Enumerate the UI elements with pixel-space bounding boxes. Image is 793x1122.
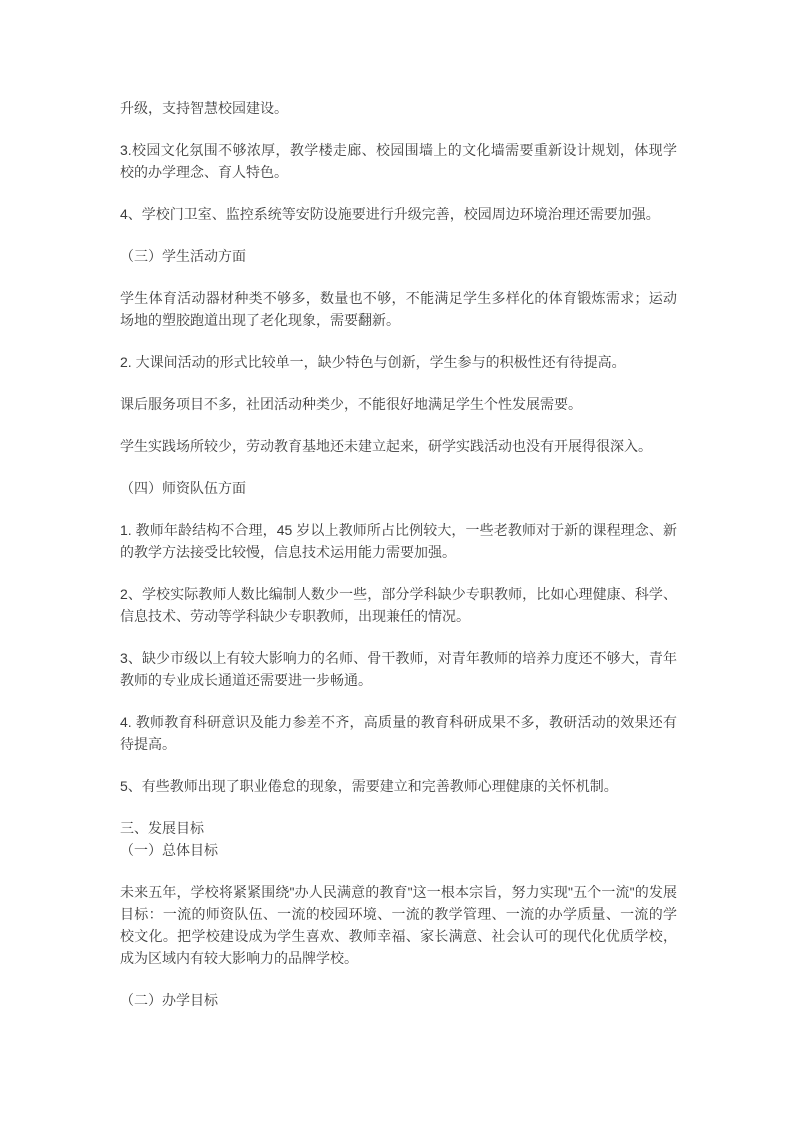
paragraph-recess-activities: 2. 大课间活动的形式比较单一，缺少特色与创新，学生参与的积极性还有待提高。 xyxy=(120,351,677,373)
paragraph-security-facilities: 4、学校门卫室、监控系统等安防设施要进行升级完善，校园周边环境治理还需要加强。 xyxy=(120,203,677,225)
paragraph-teacher-age-structure: 1. 教师年龄结构不合理，45 岁以上教师所占比例较大，一些老教师对于新的课程理… xyxy=(120,519,677,563)
heading-development-goals: 三、发展目标 xyxy=(120,817,677,839)
paragraph-teacher-burnout: 5、有些教师出现了职业倦怠的现象，需要建立和完善教师心理健康的关怀机制。 xyxy=(120,775,677,797)
paragraph-research-ability: 4. 教师教育科研意识及能力参差不齐，高质量的教育科研成果不多，教研活动的效果还… xyxy=(120,711,677,755)
paragraph-practice-venues: 学生实践场所较少，劳动教育基地还未建立起来，研学实践活动也没有开展得很深入。 xyxy=(120,435,677,457)
paragraph-campus-culture: 3.校园文化氛围不够浓厚，教学楼走廊、校园围墙上的文化墙需要重新设计规划，体现学… xyxy=(120,139,677,183)
heading-student-activities: （三）学生活动方面 xyxy=(120,245,677,267)
paragraph-sports-equipment: 学生体育活动器材种类不够多，数量也不够，不能满足学生多样化的体育锻炼需求；运动场… xyxy=(120,287,677,331)
paragraph-famous-teachers: 3、缺少市级以上有较大影响力的名师、骨干教师，对青年教师的培养力度还不够大，青年… xyxy=(120,647,677,691)
paragraph-teacher-shortage: 2、学校实际教师人数比编制人数少一些，部分学科缺少专职教师，比如心理健康、科学、… xyxy=(120,583,677,627)
heading-overall-goals: （一）总体目标 xyxy=(120,839,677,861)
document-body: 升级，支持智慧校园建设。 3.校园文化氛围不够浓厚，教学楼走廊、校园围墙上的文化… xyxy=(120,97,677,1011)
document-page: 升级，支持智慧校园建设。 3.校园文化氛围不够浓厚，教学楼走廊、校园围墙上的文化… xyxy=(0,0,793,1122)
heading-school-running-goals: （二）办学目标 xyxy=(120,989,677,1011)
paragraph-after-school-service: 课后服务项目不多，社团活动种类少，不能很好地满足学生个性发展需要。 xyxy=(120,393,677,415)
paragraph-five-year-vision: 未来五年，学校将紧紧围绕"办人民满意的教育"这一根本宗旨，努力实现"五个一流"的… xyxy=(120,881,677,969)
paragraph-upgrade-smart-campus: 升级，支持智慧校园建设。 xyxy=(120,97,677,119)
heading-teacher-team: （四）师资队伍方面 xyxy=(120,477,677,499)
